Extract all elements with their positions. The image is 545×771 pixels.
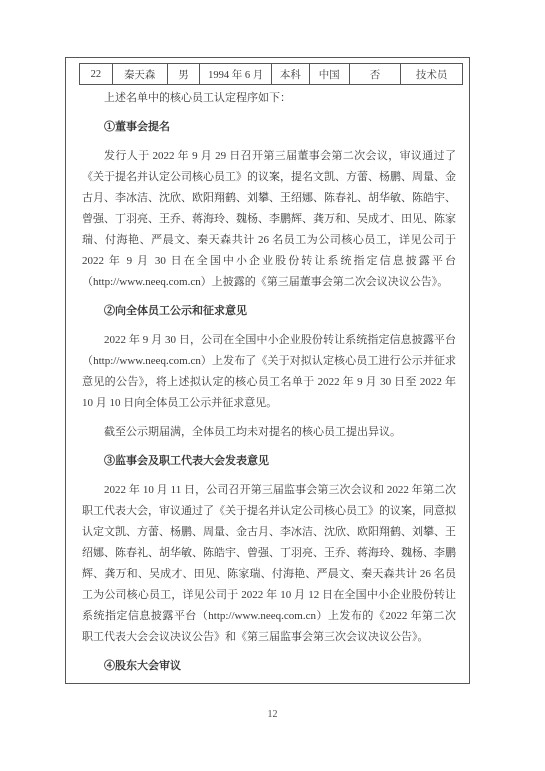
table-cell-index: 22	[80, 64, 113, 84]
table-cell-position: 技术员	[401, 64, 462, 84]
table-cell-gender: 男	[168, 64, 201, 84]
table-cell-name: 秦天森	[113, 64, 168, 84]
table-cell-birthdate: 1994 年 6 月	[200, 64, 272, 84]
intro-paragraph: 上述名单中的核心员工认定程序如下：	[82, 88, 456, 109]
document-page: 22 秦天森 男 1994 年 6 月 本科 中国 否 技术员 上述名单中的核心…	[0, 0, 545, 771]
section-heading-supervisory-board-opinion: ③监事会及职工代表大会发表意见	[82, 451, 456, 472]
table-cell-residency: 否	[350, 64, 402, 84]
section-heading-shareholder-meeting: ④股东大会审议	[82, 656, 456, 677]
section-heading-employee-publicity: ②向全体员工公示和征求意见	[82, 301, 456, 322]
section-paragraph: 2022 年 9 月 30 日，公司在全国中小企业股份转让系统指定信息披露平台（…	[82, 330, 456, 414]
document-text-area: 上述名单中的核心员工认定程序如下： ①董事会提名 发行人于 2022 年 9 月…	[82, 88, 456, 677]
table-cell-education: 本科	[272, 64, 310, 84]
content-border-box: 22 秦天森 男 1994 年 6 月 本科 中国 否 技术员 上述名单中的核心…	[65, 57, 470, 684]
table-cell-nationality: 中国	[310, 64, 350, 84]
section-paragraph: 发行人于 2022 年 9 月 29 日召开第三届董事会第二次会议，审议通过了《…	[82, 146, 456, 293]
section-paragraph: 2022 年 10 月 11 日，公司召开第三届监事会第三次会议和 2022 年…	[82, 480, 456, 648]
section-heading-board-nomination: ①董事会提名	[82, 117, 456, 138]
core-employee-table-row: 22 秦天森 男 1994 年 6 月 本科 中国 否 技术员	[79, 63, 463, 85]
section-paragraph: 截至公示期届满，全体员工均未对提名的核心员工提出异议。	[82, 422, 456, 443]
page-number: 12	[0, 709, 545, 720]
